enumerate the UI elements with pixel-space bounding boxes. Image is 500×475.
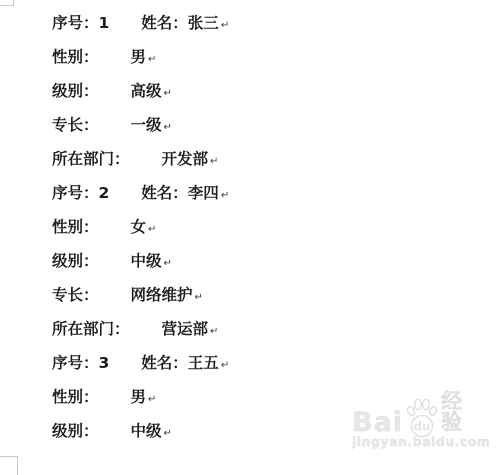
paragraph-mark: ↵	[148, 224, 156, 235]
document-line: 性别：男↵	[52, 40, 490, 74]
text-segment: 序号：1	[52, 14, 109, 32]
text-segment: 专长：	[52, 286, 99, 304]
text-segment: 级别：	[52, 422, 99, 440]
baidu-watermark-url: jingyan.baidu.com	[352, 434, 482, 449]
text-segment: 性别：	[52, 48, 99, 66]
text-segment: 中级	[131, 422, 162, 440]
text-segment: 女	[131, 218, 147, 236]
text-segment: 所在部门：	[52, 150, 130, 168]
baidu-paw-icon: du	[404, 397, 438, 439]
document-line: 级别：中级↵	[52, 244, 490, 278]
paragraph-mark: ↵	[148, 394, 156, 405]
text-boundary-mark-top-left	[0, 0, 14, 6]
text-segment: 男	[131, 48, 147, 66]
text-segment: 开发部	[162, 150, 209, 168]
text-segment: 级别：	[52, 252, 99, 270]
text-segment: 中级	[131, 252, 162, 270]
text-boundary-mark-bottom-left	[0, 456, 18, 475]
baidu-logo-text-du: du	[413, 420, 430, 434]
paragraph-mark: ↵	[221, 20, 229, 31]
text-segment: 所在部门：	[52, 320, 130, 338]
document-line: 所在部门：开发部↵	[52, 142, 490, 176]
baidu-watermark: Bai du 经验 jingyan.baidu.com	[352, 394, 482, 449]
text-segment: 姓名：王五	[141, 354, 219, 372]
text-segment: 级别：	[52, 82, 99, 100]
text-segment: 专长：	[52, 116, 99, 134]
text-segment: 姓名：李四	[141, 184, 219, 202]
paragraph-mark: ↵	[148, 54, 156, 65]
text-segment: 网络维护	[131, 286, 193, 304]
baidu-logo: Bai du 经验	[352, 394, 482, 436]
document-line: 专长：网络维护↵	[52, 278, 490, 312]
text-segment: 营运部	[162, 320, 209, 338]
paragraph-mark: ↵	[195, 292, 203, 303]
word-document-page: 序号：1姓名：张三↵性别：男↵级别：高级↵专长：一级↵所在部门：开发部↵序号：2…	[0, 0, 500, 475]
text-segment: 序号：3	[52, 354, 109, 372]
paragraph-mark: ↵	[210, 326, 218, 337]
baidu-logo-text-bai: Bai	[352, 409, 403, 436]
document-line: 性别：女↵	[52, 210, 490, 244]
paragraph-mark: ↵	[164, 88, 172, 99]
text-segment: 序号：2	[52, 184, 109, 202]
paragraph-mark: ↵	[164, 122, 172, 133]
paragraph-mark: ↵	[164, 428, 172, 439]
paragraph-mark: ↵	[221, 360, 229, 371]
document-line: 序号：2姓名：李四↵	[52, 176, 490, 210]
text-segment: 男	[131, 388, 147, 406]
document-text[interactable]: 序号：1姓名：张三↵性别：男↵级别：高级↵专长：一级↵所在部门：开发部↵序号：2…	[52, 6, 490, 448]
text-segment: 高级	[131, 82, 162, 100]
text-segment: 一级	[131, 116, 162, 134]
paragraph-mark: ↵	[164, 258, 172, 269]
text-segment: 性别：	[52, 388, 99, 406]
document-line: 序号：1姓名：张三↵	[52, 6, 490, 40]
document-line: 序号：3姓名：王五↵	[52, 346, 490, 380]
text-segment: 性别：	[52, 218, 99, 236]
document-line: 专长：一级↵	[52, 108, 490, 142]
document-line: 级别：高级↵	[52, 74, 490, 108]
paragraph-mark: ↵	[221, 190, 229, 201]
text-segment: 姓名：张三	[141, 14, 219, 32]
document-line: 所在部门：营运部↵	[52, 312, 490, 346]
baidu-logo-text-jingyan: 经验	[441, 391, 482, 433]
paragraph-mark: ↵	[210, 156, 218, 167]
